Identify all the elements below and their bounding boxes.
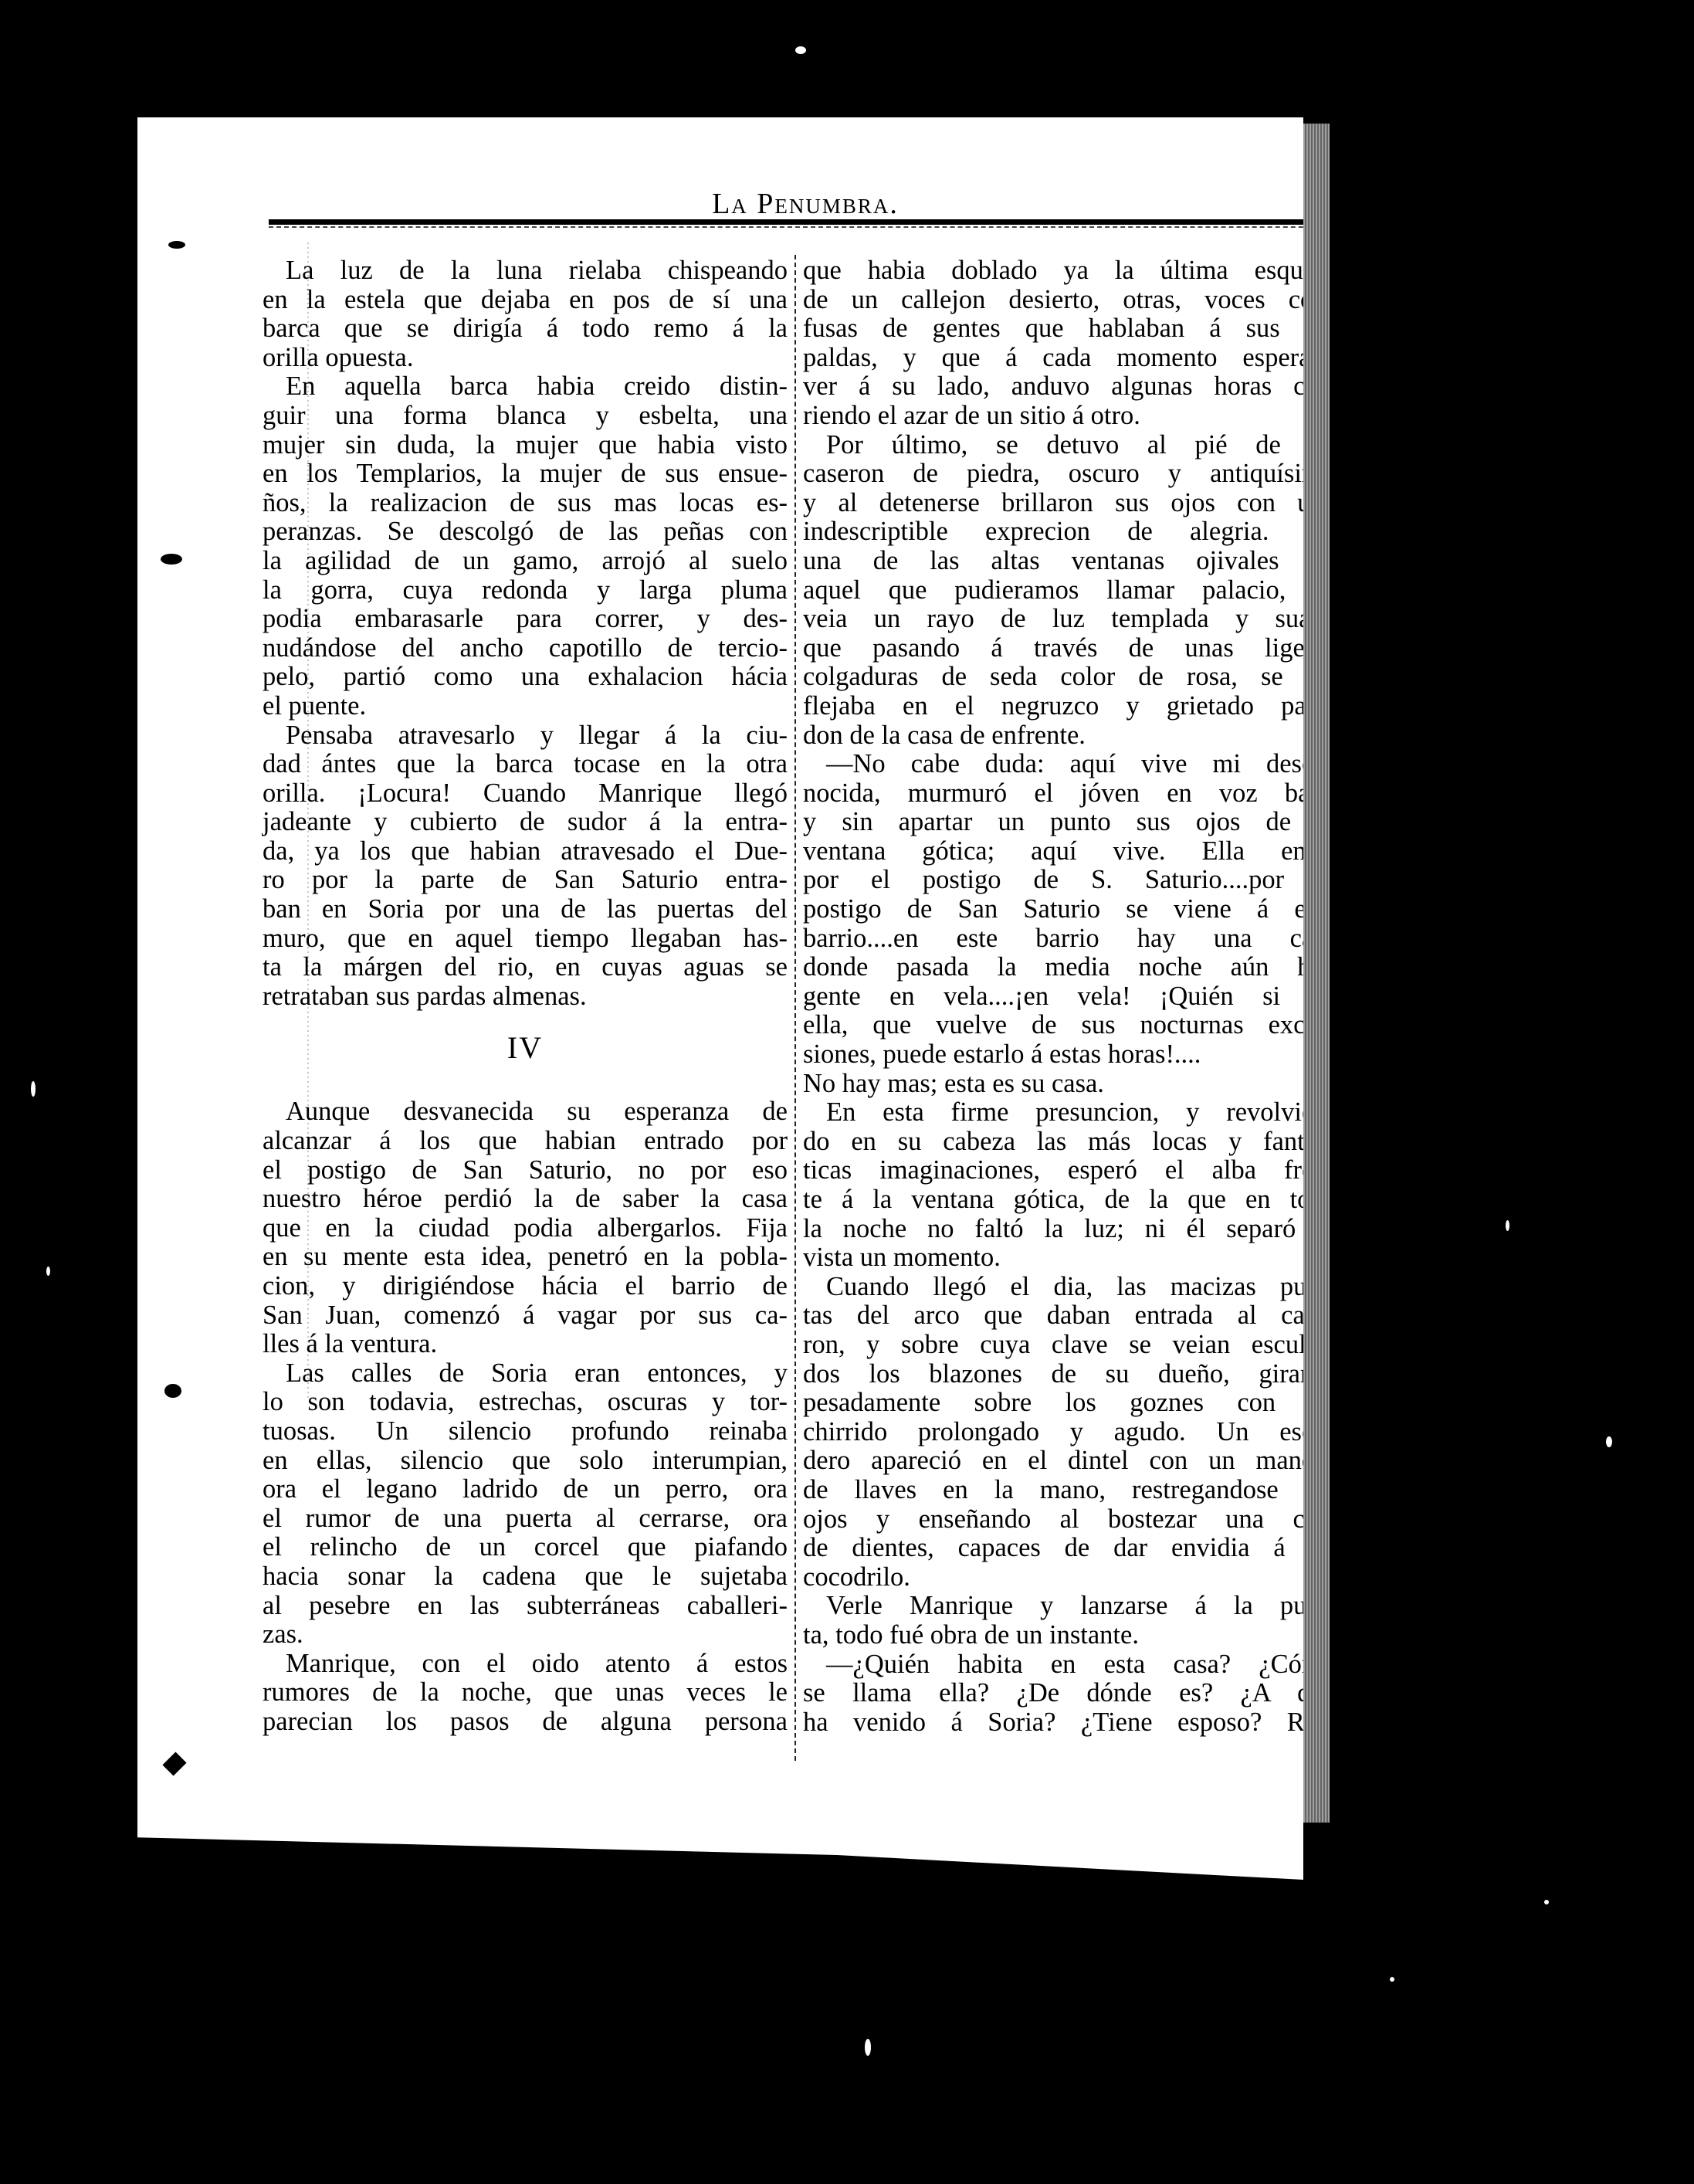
paragraph: Manrique, con el oido atento á estos rum…: [263, 1650, 788, 1737]
text-line: en la estela que dejaba en pos de sí una: [263, 286, 788, 315]
text-line: do en su cabeza las más locas y fantás-: [803, 1128, 1336, 1157]
text-line: en ellas, silencio que solo interumpian,: [263, 1446, 788, 1476]
text-line: barca que se dirigía á todo remo á la: [263, 314, 788, 344]
text-line: Aunque desvanecida su esperanza de: [263, 1097, 788, 1127]
text-line: podia embarasarle para correr, y des-: [263, 605, 788, 634]
text-line: indescriptible exprecion de alegria. En: [803, 517, 1336, 547]
text-line: siones, puede estarlo á estas horas!....: [803, 1040, 1336, 1070]
scan-speck: [1544, 1900, 1549, 1904]
text-line: el rumor de una puerta al cerrarse, ora: [263, 1504, 788, 1534]
text-line: ños, la realizacion de sus mas locas es-: [263, 489, 788, 518]
text-line: veia un rayo de luz templada y suave: [803, 605, 1336, 634]
text-line: chirrido prolongado y agudo. Un escu-: [803, 1418, 1336, 1447]
text-line: en su mente esta idea, penetró en la pob…: [263, 1243, 788, 1272]
text-line: de un callejon desierto, otras, voces co…: [803, 286, 1336, 315]
text-line: Manrique, con el oido atento á estos: [263, 1650, 788, 1679]
text-line: ora el legano ladrido de un perro, ora: [263, 1475, 788, 1504]
text-line: el puente.: [263, 692, 788, 721]
text-line: nudándose del ancho capotillo de tercio-: [263, 634, 788, 663]
ink-blot: [162, 1752, 186, 1775]
ink-blot: [164, 1384, 181, 1398]
text-line: cocodrilo.: [803, 1563, 1336, 1592]
text-line: zas.: [263, 1620, 788, 1650]
text-line: dos los blazones de su dueño, giraron: [803, 1360, 1336, 1389]
text-line: que habia doblado ya la última esquina: [803, 256, 1336, 286]
text-line: al pesebre en las subterráneas caballeri…: [263, 1592, 788, 1621]
text-line: tuosas. Un silencio profundo reinaba: [263, 1417, 788, 1446]
text-line: pesadamente sobre los goznes con un: [803, 1389, 1336, 1418]
text-line: y sin apartar un punto sus ojos de la: [803, 808, 1336, 837]
scan-speck: [31, 1081, 36, 1097]
text-line: retrataban sus pardas almenas.: [263, 982, 788, 1012]
text-line: fusas de gentes que hablaban á sus es-: [803, 314, 1336, 344]
scan-speck: [46, 1267, 50, 1276]
text-line: En aquella barca habia creido distin-: [263, 372, 788, 402]
paragraph: En aquella barca habia creido distin- gu…: [263, 372, 788, 721]
text-line: dad ántes que la barca tocase en la otra: [263, 750, 788, 779]
text-line: mujer sin duda, la mujer que habia visto: [263, 431, 788, 460]
scan-speck: [865, 2039, 871, 2056]
text-line: orilla opuesta.: [263, 344, 788, 373]
paragraph: Verle Manrique y lanzarse á la puer- ta,…: [803, 1592, 1336, 1650]
paragraph: La luz de la luna rielaba chispeando en …: [263, 256, 788, 372]
text-line: muro, que en aquel tiempo llegaban has-: [263, 924, 788, 954]
text-line: que en la ciudad podia albergarlos. Fija: [263, 1214, 788, 1243]
paragraph: En esta firme presuncion, y revolvien- d…: [803, 1098, 1336, 1273]
text-line: Cuando llegó el dia, las macizas puer-: [803, 1273, 1336, 1302]
text-line: riendo el azar de un sitio á otro.: [803, 402, 1336, 431]
scan-speck: [1506, 1220, 1509, 1231]
text-line: que pasando á través de unas ligeras: [803, 634, 1336, 663]
text-line: parecian los pasos de alguna persona: [263, 1708, 788, 1737]
section-heading: IV: [263, 1033, 788, 1063]
text-line: da, ya los que habian atravesado el Due-: [263, 837, 788, 866]
column-divider: [794, 255, 796, 1761]
paragraph: Las calles de Soria eran entonces, y lo …: [263, 1359, 788, 1650]
left-column: La luz de la luna rielaba chispeando en …: [263, 256, 788, 1737]
text-line: ta la márgen del rio, en cuyas aguas se: [263, 953, 788, 982]
text-line: lles á la ventura.: [263, 1330, 788, 1359]
text-line: vista un momento.: [803, 1243, 1336, 1273]
text-line: jadeante y cubierto de sudor á la entra-: [263, 808, 788, 837]
text-line: Verle Manrique y lanzarse á la puer-: [803, 1592, 1336, 1621]
text-line: se llama ella? ¿De dónde es? ¿A qué: [803, 1679, 1336, 1708]
text-line: ventana gótica; aquí vive. Ella entró: [803, 837, 1336, 866]
text-line: donde pasada la media noche aún hay: [803, 953, 1336, 982]
text-line: La luz de la luna rielaba chispeando: [263, 256, 788, 286]
text-line: San Juan, comenzó á vagar por sus ca-: [263, 1301, 788, 1331]
text-line: don de la casa de enfrente.: [803, 721, 1336, 751]
text-line: el relincho de un corcel que piafando: [263, 1533, 788, 1562]
text-line: ron, y sobre cuya clave se veian esculpi…: [803, 1331, 1336, 1360]
text-line: ta, todo fué obra de un instante.: [803, 1621, 1336, 1650]
page-edge-shadow: [1303, 124, 1330, 1823]
paragraph: Aunque desvanecida su esperanza de alcan…: [263, 1097, 788, 1358]
text-line: flejaba en el negruzco y grietado para-: [803, 692, 1336, 721]
paragraph: —¿Quién habita en esta casa? ¿Cómo se ll…: [803, 1650, 1336, 1738]
text-line: gente en vela....¡en vela! ¡Quién si no: [803, 982, 1336, 1012]
text-line: de llaves en la mano, restregandose los: [803, 1476, 1336, 1505]
text-line: una de las altas ventanas ojivales de: [803, 547, 1336, 576]
page-header: La Penumbra. 5.: [269, 187, 1342, 218]
text-line: barrio....en este barrio hay una casa: [803, 924, 1336, 954]
text-line: la gorra, cuya redonda y larga pluma: [263, 576, 788, 605]
paragraph: que habia doblado ya la última esquina d…: [803, 256, 1336, 431]
text-line: peranzas. Se descolgó de las peñas con: [263, 517, 788, 547]
text-line: rumores de la noche, que unas veces le: [263, 1678, 788, 1708]
scan-speck: [1390, 1977, 1394, 1982]
text-line: ha venido á Soria? ¿Tiene esposo? Res-: [803, 1708, 1336, 1738]
text-line: —¿Quién habita en esta casa? ¿Cómo: [803, 1650, 1336, 1680]
text-line: y al detenerse brillaron sus ojos con un…: [803, 489, 1336, 518]
header-rule: [269, 219, 1350, 225]
text-line: guir una forma blanca y esbelta, una: [263, 402, 788, 431]
text-line: caseron de piedra, oscuro y antiquísimo: [803, 460, 1336, 489]
text-line: de dientes, capaces de dar envidia á un: [803, 1534, 1336, 1563]
text-line: ver á su lado, anduvo algunas horas cor-: [803, 372, 1336, 402]
text-line: Pensaba atravesarlo y llegar á la ciu-: [263, 721, 788, 751]
text-line: dero apareció en el dintel con un manojo: [803, 1446, 1336, 1476]
text-line: ban en Soria por una de las puertas del: [263, 895, 788, 924]
text-line: —No cabe duda: aquí vive mi desco-: [803, 750, 1336, 779]
text-line: postigo de San Saturio se viene á este: [803, 895, 1336, 924]
text-line: Por último, se detuvo al pié de un: [803, 431, 1336, 460]
text-line: en los Templarios, la mujer de sus ensue…: [263, 460, 788, 489]
scanned-page: La Penumbra. 5. La luz de la luna rielab…: [137, 117, 1303, 1880]
right-column: que habia doblado ya la última esquina d…: [803, 256, 1336, 1737]
text-line: pelo, partió como una exhalacion hácia: [263, 663, 788, 692]
text-line: hacia sonar la cadena que le sujetaba: [263, 1562, 788, 1592]
text-line: En esta firme presuncion, y revolvien-: [803, 1098, 1336, 1128]
page-number: 5.: [1328, 187, 1350, 221]
paragraph: —No cabe duda: aquí vive mi desco- nocid…: [803, 750, 1336, 1098]
text-line: aquel que pudieramos llamar palacio, se: [803, 576, 1336, 605]
text-line: ojos y enseñando al bostezar una caja: [803, 1505, 1336, 1535]
text-line: ella, que vuelve de sus nocturnas excur-: [803, 1011, 1336, 1040]
paragraph: Cuando llegó el dia, las macizas puer- t…: [803, 1273, 1336, 1592]
text-line: el postigo de San Saturio, no por eso: [263, 1156, 788, 1185]
text-line: orilla. ¡Locura! Cuando Manrique llegó: [263, 779, 788, 809]
text-line: la agilidad de un gamo, arrojó al suelo: [263, 547, 788, 576]
text-line: alcanzar á los que habian entrado por: [263, 1127, 788, 1156]
paragraph: Por último, se detuvo al pié de un caser…: [803, 431, 1336, 751]
text-line: por el postigo de S. Saturio....por el: [803, 866, 1336, 895]
text-line: ro por la parte de San Saturio entra-: [263, 866, 788, 895]
text-line: nocida, murmuró el jóven en voz baja,: [803, 779, 1336, 809]
running-title: La Penumbra.: [269, 187, 1342, 221]
text-line: No hay mas; esta es su casa.: [803, 1070, 1336, 1099]
header-rule-thin: [269, 226, 1350, 229]
text-line: lo son todavia, estrechas, oscuras y tor…: [263, 1388, 788, 1417]
scan-speck: [795, 46, 806, 54]
text-line: cion, y dirigiéndose hácia el barrio de: [263, 1272, 788, 1301]
text-line: la noche no faltó la luz; ni él separó l…: [803, 1215, 1336, 1244]
text-line: ticas imaginaciones, esperó el alba fren…: [803, 1156, 1336, 1185]
paragraph: Pensaba atravesarlo y llegar á la ciu- d…: [263, 721, 788, 1012]
text-line: colgaduras de seda color de rosa, se re-: [803, 663, 1336, 692]
text-line: te á la ventana gótica, de la que en tod…: [803, 1185, 1336, 1215]
ink-blot: [168, 241, 185, 249]
text-line: paldas, y que á cada momento esperaba: [803, 344, 1336, 373]
text-line: nuestro héroe perdió la de saber la casa: [263, 1185, 788, 1214]
text-line: Las calles de Soria eran entonces, y: [263, 1359, 788, 1389]
ink-blot: [161, 554, 182, 565]
text-line: tas del arco que daban entrada al case-: [803, 1301, 1336, 1331]
scan-speck: [1606, 1436, 1612, 1447]
